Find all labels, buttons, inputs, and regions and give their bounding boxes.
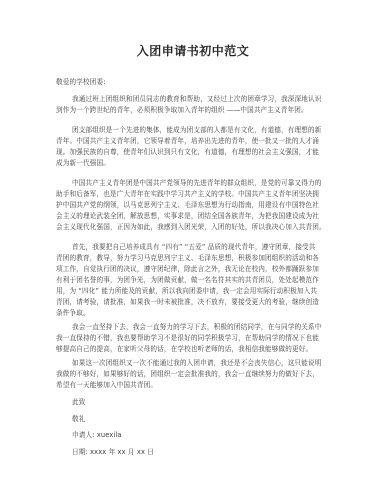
paragraph-line: 用，为 “四化” 能力所能及的贡献，所以我向团委申请，我一定会用实际行动积极加入… <box>56 287 317 295</box>
paragraph-line: 条件争取。 <box>56 309 90 317</box>
paragraph-line: 有利于团名誉的事，为团争光，为团做贡献，做一名名符其实的共青团员，处处起模范作 <box>56 276 319 284</box>
paragraph-line: 我会一直坚持下去，我会一直努力的学习下去，积极的团结同学，在与同学的关系中 <box>72 323 322 331</box>
paragraph-line: 会主义的理论武装全团，解放思想，实事求是，团结全国各族青年，为把我国建设成为社 <box>56 212 319 220</box>
applicant-name: xuexila <box>97 431 122 439</box>
document-page: 入团申请书初中范文 敬爱的学校团委: 我通过班上团组织和团员同志的教育和帮助，又… <box>0 0 386 500</box>
closing-ci-zhi: 此致 <box>72 398 86 406</box>
paragraph-line: 青年。中国共产主义青年团，它领导着青年，培养出先进的青年，使一批又一批的人才涌 <box>56 137 319 145</box>
paragraph-line: 我做的不够好，如果够好的话，团组织一定会批准我的，我会一直继续努力的做好下去， <box>56 370 319 378</box>
paragraph-line: 护中国共产党的纲领，以马克思列宁主义、毛泽东思想为行动指南，用建设有中国特色社 <box>56 201 319 209</box>
paragraph-line: 团支部组织是一个先进的集体，能成为团支部的人都是有文化，有道德，有理想的新 <box>72 126 322 134</box>
paragraph-line: 够提高自己的提高，在家听父母的话，在学校也听老师的话，我相信我能够做的更好。 <box>56 345 312 353</box>
paragraph-line: 到作为一个跨世纪的青年，必须积极争取加入青年的组织 ——中国共产主义青年团。 <box>56 106 308 114</box>
paragraph-line: 希望有一天能够加入中国共青团。 <box>56 381 157 389</box>
applicant-line: 申请人: xuexila <box>72 431 122 439</box>
paragraph-line: 中国共产主义青年团是中国共产党领导的先进青年的群众组织，是党的可靠又得力的 <box>72 179 322 187</box>
paragraph-line: 我通过班上团组织和团员同志的教育和帮助，又经过上次的团章学习，我深深地认识 <box>72 95 322 103</box>
paragraph-line: 助手和后备军，也是广大青年在实践中学习共产主义的学校。中国共产主义青年团坚决拥 <box>56 190 319 198</box>
paragraph-line: 我一直保持的不错，我也要帮助学习不是很好的同学积极学习，在帮助同学的情况下也能 <box>56 334 319 342</box>
paragraph-line: 青团的教育，教导，努力学习马克思列宁主义、毛泽东思想，积极参加团组织的活动和各 <box>56 254 319 262</box>
date-line: 日期: xxxx 年 xx 月 xx 日 <box>72 448 154 456</box>
paragraph-line: 现。加强民族的自尊，使青年们认识到只有文化，有道德，有理想的社会主义强国，才能 <box>56 148 319 156</box>
document-title: 入团申请书初中范文 <box>0 42 386 59</box>
date-value: xxxx 年 xx 月 xx 日 <box>90 448 154 456</box>
paragraph-line: 成为新一代强国。 <box>56 159 110 167</box>
paragraph-line: 首先，我要把自己培养成具有 “四有” “五爱” 品质的现代青年，遵守团章，接受共 <box>72 243 316 251</box>
date-label: 日期: <box>72 448 88 456</box>
paragraph-line: 项工作，自觉执行团的决议，遵守团纪律，除此言之外，我无论在校内，校外都踊跃参加 <box>56 265 319 273</box>
applicant-label: 申请人: <box>72 431 95 439</box>
paragraph-line: 青团，请考验，请批准，如果我一时未被批准，决不放弃，要接受更大的考验，继续创造 <box>56 298 319 306</box>
closing-jing-li: 敬礼 <box>72 415 86 423</box>
paragraph-line: 会主义现代化强国，正因为如此，我感到入团光荣，入团的好处，所以我决心加入共青团。 <box>56 223 326 231</box>
salutation: 敬爱的学校团委: <box>56 78 106 86</box>
paragraph-line: 如果这一次团组织又一次不能通过我的入团申请，我还是不会丧失信心，这只能说明 <box>72 359 322 367</box>
